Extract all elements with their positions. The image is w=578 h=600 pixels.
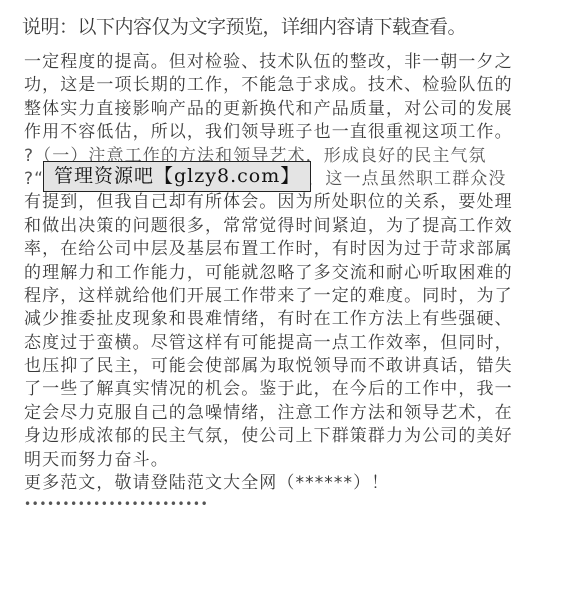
paragraph-line: 程序，这样就给他们开展工作带来了一定的难度。同时，为了 (24, 285, 554, 308)
paragraph-line: 的理解力和工作能力，可能就忽略了多交流和耐心听取困难的 (24, 262, 554, 285)
preview-notice: 说明：以下内容仅为文字预览，详细内容请下载查看。 (22, 14, 466, 40)
paragraph-line: 有提到，但我自己却有所体会。因为所处职位的关系，要处理 (24, 191, 554, 214)
watermark-banner: 管理资源吧【glzy8.com】 (43, 161, 311, 192)
paragraph-line: 和做出决策的问题很多，常常觉得时间紧迫，为了提高工作效 (24, 215, 554, 238)
more-docs-link-line: 更多范文，敬请登陆范文大全网（******）！ (24, 472, 554, 495)
dotted-separator: •••••••••••••••••••••••• (24, 495, 554, 513)
paragraph-line: 整体实力直接影响产品的更新换代和产品质量，对公司的发展 (24, 98, 554, 121)
paragraph-line: 一定程度的提高。但对检验、技术队伍的整改，非一朝一夕之 (24, 51, 554, 74)
document-body: 一定程度的提高。但对检验、技术队伍的整改，非一朝一夕之 功，这是一项长期的工作，… (24, 51, 554, 513)
paragraph-line: 作用不容低估，所以，我们领导班子也一直很重视这项工作。 (24, 121, 554, 144)
paragraph-line: 定会尽力克服自己的急噪情绪，注意工作方法和领导艺术，在 (24, 402, 554, 425)
paragraph-line: 功，这是一项长期的工作，不能急于求成。技术、检验队伍的 (24, 74, 554, 97)
paragraph-line: 了一些了解真实情况的机会。鉴于此，在今后的工作中，我一 (24, 378, 554, 401)
paragraph-line: 明天而努力奋斗。 (24, 449, 554, 472)
paragraph-line: 身边形成浓郁的民主气氛，使公司上下群策群力为公司的美好 (24, 425, 554, 448)
paragraph-line: 态度过于蛮横。尽管这样有可能提高一点工作效率，但同时， (24, 332, 554, 355)
paragraph-line: 率，在给公司中层及基层布置工作时，有时因为过于苛求部属 (24, 238, 554, 261)
paragraph-line: 减少推委扯皮现象和畏难情绪，有时在工作方法上有些强硬、 (24, 308, 554, 331)
paragraph-line: 也压抑了民主，可能会使部属为取悦领导而不敢讲真话，错失 (24, 355, 554, 378)
